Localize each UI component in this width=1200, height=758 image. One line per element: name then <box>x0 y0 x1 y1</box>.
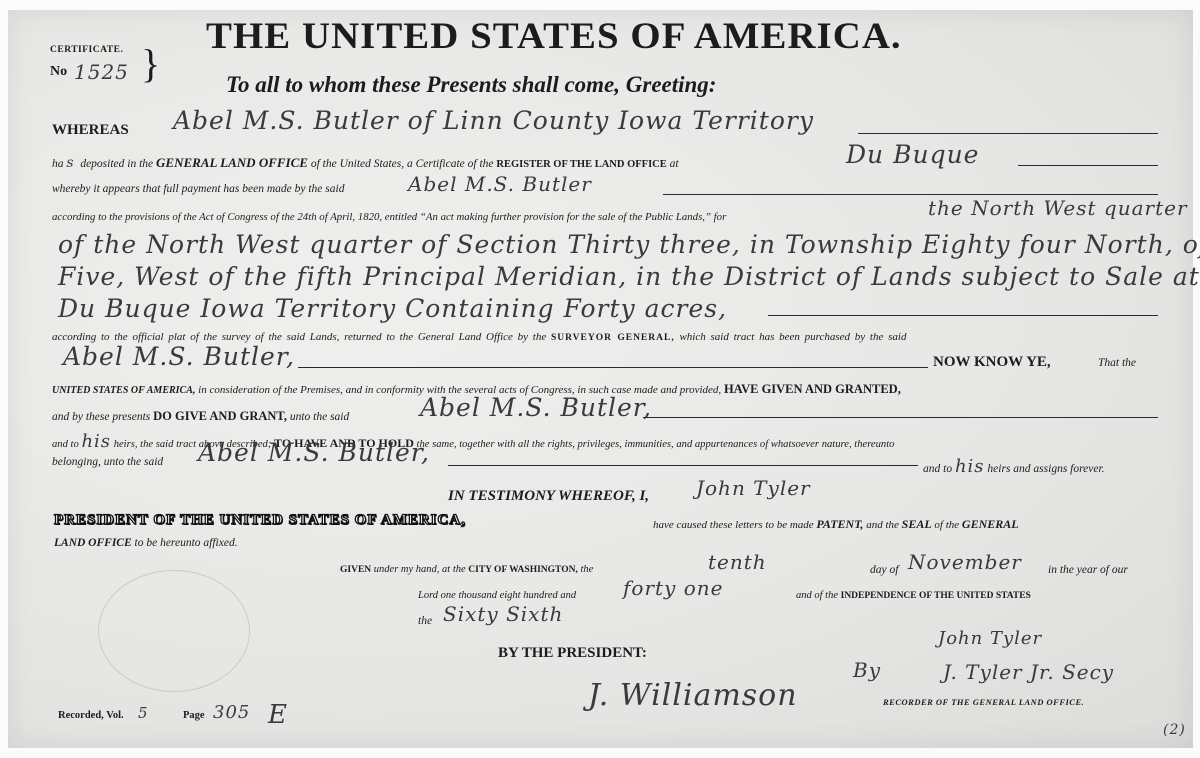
belonging-line: belonging, unto the said <box>52 456 163 468</box>
margin-mark: E <box>268 700 288 730</box>
payment-line: whereby it appears that full payment has… <box>52 183 344 195</box>
testimony-heading: IN TESTIMONY WHEREOF, I, <box>448 488 649 505</box>
the-text: the <box>418 615 432 627</box>
year-hand: forty one <box>623 576 723 600</box>
certificate-number-prefix: No <box>50 64 67 80</box>
president-signature: John Tyler <box>938 628 1042 649</box>
deposit-line: ha s deposited in the GENERAL LAND OFFIC… <box>52 155 679 171</box>
lord-line: Lord one thousand eight hundred and <box>418 590 576 601</box>
certificate-number: 1525 <box>74 60 129 84</box>
by-the-president: BY THE PRESIDENT: <box>498 645 647 662</box>
patent-seal-line: have caused these letters to be made PAT… <box>653 517 1019 532</box>
president-title: PRESIDENT OF THE UNITED STATES OF AMERIC… <box>54 512 466 529</box>
corner-number: (2) <box>1163 722 1186 738</box>
tract-description-hand-4: Du Buque Iowa Territory Containing Forty… <box>58 294 727 323</box>
tract-description-hand-2: of the North West quarter of Section Thi… <box>58 230 1200 259</box>
certificate-label: CERTIFICATE. <box>50 45 123 55</box>
that-the-text: That the <box>1098 357 1136 369</box>
day-of-text: day of <box>870 564 898 576</box>
land-patent-document: CERTIFICATE. No 1525 } THE UNITED STATES… <box>8 10 1193 748</box>
secretary-signature: J. Tyler Jr. Secy <box>943 660 1114 684</box>
year-of-our-text: in the year of our <box>1048 564 1128 576</box>
day-hand: tenth <box>708 550 767 574</box>
recorder-title: RECORDER OF THE GENERAL LAND OFFICE. <box>883 697 1084 707</box>
independence-line: and of the INDEPENDENCE OF THE UNITED ST… <box>796 590 1031 601</box>
grant-line: and by these presents DO GIVE AND GRANT,… <box>52 409 349 424</box>
tract-description-hand-1: the North West quarter <box>928 196 1188 220</box>
embossed-seal-icon <box>98 570 250 692</box>
month-hand: November <box>908 550 1022 574</box>
habendum-line: and to his heirs, the said tract above d… <box>52 431 894 452</box>
independence-year-hand: Sixty Sixth <box>443 602 563 626</box>
land-office-affixed-line: LAND OFFICE to be hereunto affixed. <box>54 537 238 549</box>
recorded-volume-label: Recorded, Vol. <box>58 710 124 721</box>
page-label: Page <box>183 710 205 721</box>
payer-name-hand: Abel M.S. Butler <box>408 172 592 196</box>
grantee-name-hand-2: Abel M.S. Butler, <box>198 438 430 467</box>
heirs-line: and to his heirs and assigns forever. <box>923 456 1105 477</box>
grantee-name-hand: Abel M.S. Butler, <box>420 393 652 422</box>
greeting: To all to whom these Presents shall come… <box>226 72 716 98</box>
document-title: THE UNITED STATES OF AMERICA. <box>206 15 902 58</box>
whereas-label: WHEREAS <box>52 122 129 139</box>
land-office-location-hand: Du Buque <box>846 140 979 169</box>
act-of-congress-line: according to the provisions of the Act o… <box>52 211 726 223</box>
purchaser-name-hand: Abel M.S. Butler, <box>63 342 295 371</box>
page-number: 305 <box>213 702 250 723</box>
volume-number: 5 <box>138 704 149 722</box>
brace-icon: } <box>141 40 160 87</box>
grantee-county-hand: Abel M.S. Butler of Linn County Iowa Ter… <box>173 106 814 135</box>
recorder-signature: J. Williamson <box>588 678 798 713</box>
by-label: By <box>853 658 881 682</box>
president-name-hand: John Tyler <box>696 476 811 500</box>
now-know-ye: NOW KNOW YE, <box>933 354 1051 371</box>
tract-description-hand-3: Five, West of the fifth Principal Meridi… <box>58 262 1200 291</box>
given-line: GIVEN under my hand, at the CITY OF WASH… <box>340 564 593 575</box>
